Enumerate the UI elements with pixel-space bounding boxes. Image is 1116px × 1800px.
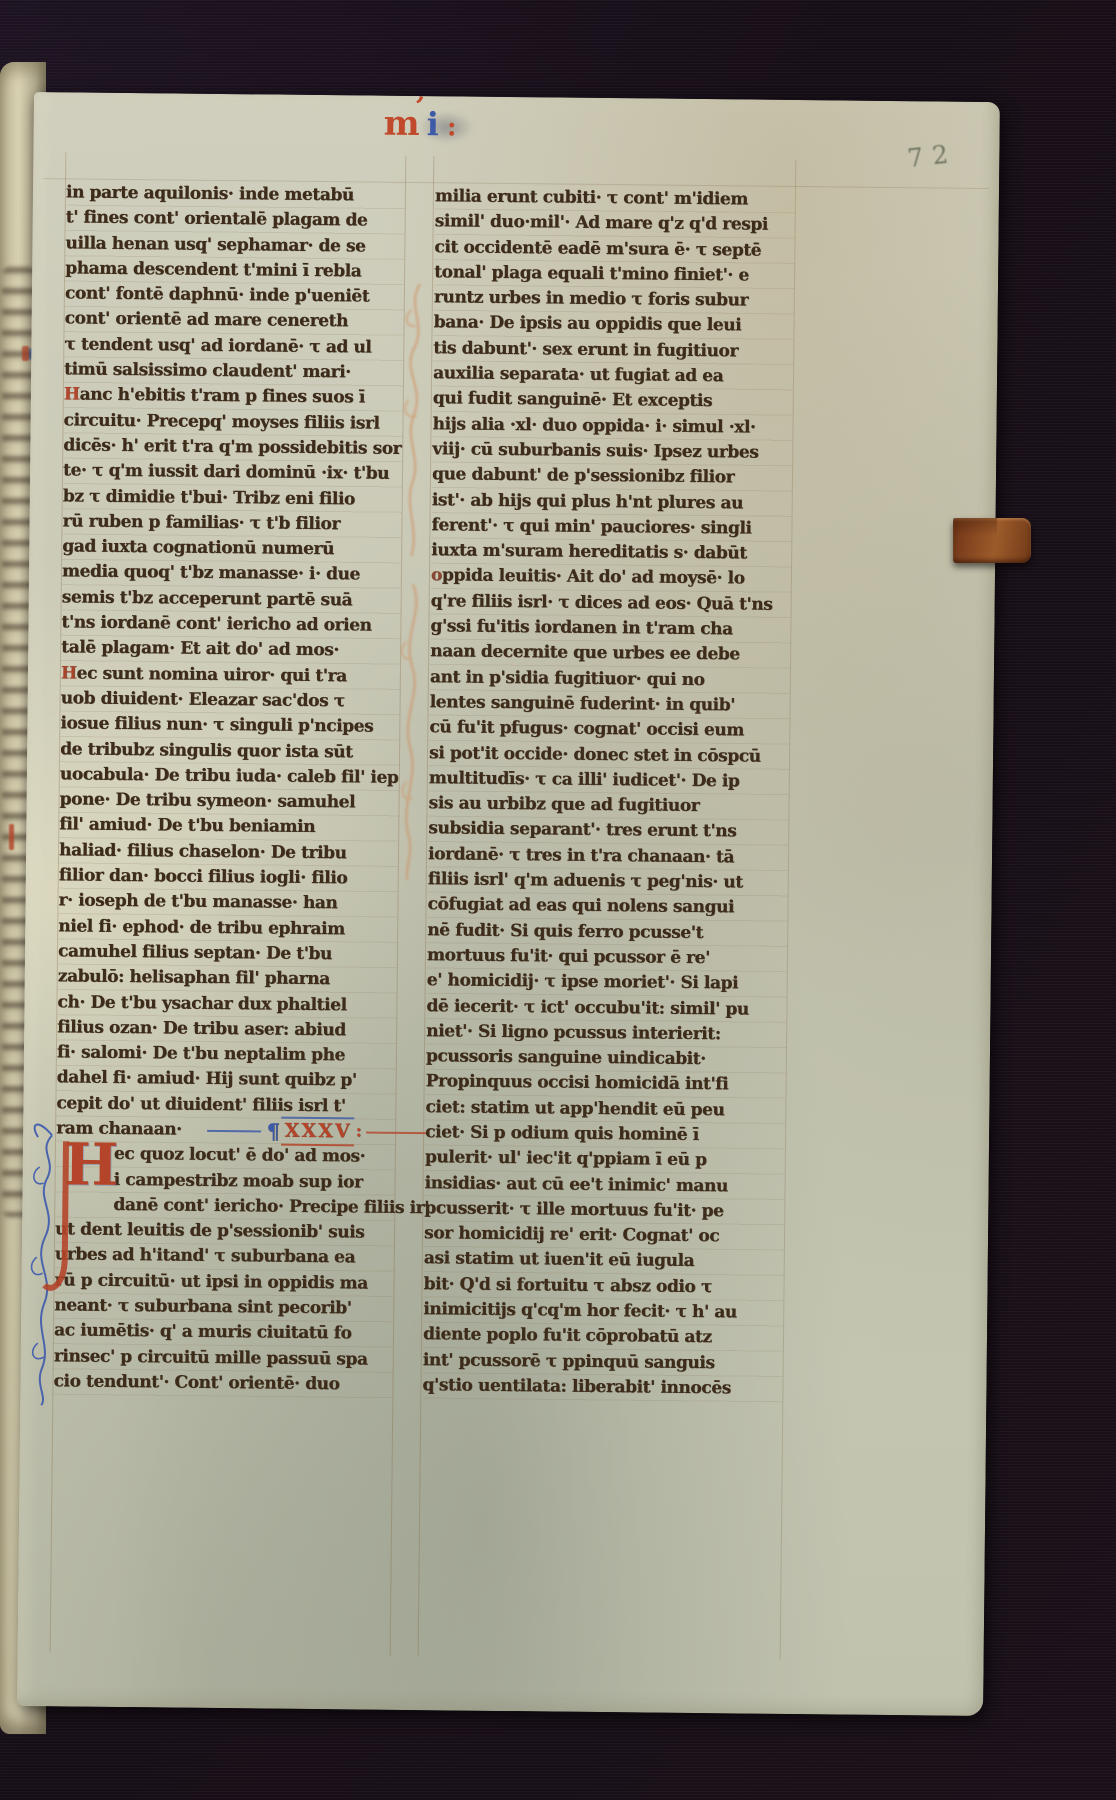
text-line: in parte aquilonis· inde metabū [66, 180, 405, 209]
text-line: Hanc h'ebitis t'ram p fines suos ī [64, 383, 403, 412]
text-line: int' pcussorē τ ppinquū sanguis [423, 1348, 783, 1377]
text-line: media quoq' t'bz manasse· i· due [62, 560, 401, 589]
text-line: g'ssi fu'itis iordanen in t'ram cha [430, 614, 790, 643]
text-line: t'ns iordanē cont' iericho ad orien [61, 610, 400, 639]
text-line: te· τ q'm iussit dari dominū ·ix· t'bu [63, 459, 402, 488]
text-line: tonal' plaga equali t'mino finiet'· e [434, 260, 794, 289]
text-line: dē iecerit· τ ict' occubu'it: simil' pu [426, 994, 786, 1023]
text-line: bana· De ipsis au oppidis que leui [433, 311, 793, 340]
text-line: ac iumētis· q' a muris ciuitatū fo [54, 1319, 393, 1348]
text-line: niel fi· ephod· de tribu ephraim [58, 914, 397, 943]
text-line: rū p circuitū· ut ipsi in oppidis ma [54, 1268, 393, 1297]
text-line: viij· cū suburbanis suis· Ipsez urbes [432, 437, 792, 466]
text-line: q'stio uentilata: liberabit' innocēs [422, 1373, 782, 1402]
column-lines: milia erunt cubiti· τ cont' m'idiemsimil… [422, 184, 795, 1402]
text-line: que dabunt' de p'sessionibz filior [432, 462, 792, 491]
text-line: cōfugiat ad eas qui nolens sangui [427, 892, 787, 921]
text-line: iosue filius nun· τ singuli p'ncipes [60, 712, 399, 741]
text-line: sor homicidij re' erit· Cognat' oc [424, 1221, 784, 1250]
text-line: uocabula· De tribu iuda· caleb fil' iep [60, 762, 399, 791]
text-line: ut dent leuitis de p'sessionib' suis [55, 1217, 394, 1246]
text-line: uob diuident· Eleazar sac'dos τ [61, 686, 400, 715]
text-line: pcusserit· τ ille mortuus fu'it· pe [424, 1196, 784, 1225]
text-line: e' homicidij· τ ipse moriet'· Si lapi [427, 968, 787, 997]
text-line: semis t'bz acceperunt partē suā [62, 585, 401, 614]
text-line: diente poplo fu'it cōprobatū atz [423, 1323, 783, 1352]
column-lines: in parte aquilonis· inde metabūt' fines … [56, 180, 405, 1119]
text-line: ant in p'sidia fugitiuor· qui no [430, 665, 790, 694]
text-line: dicēs· h' erit t'ra q'm possidebitis sor [63, 433, 402, 462]
leather-bookmark-tab [953, 518, 1031, 563]
pilcrow-mark: ¶ [266, 1118, 279, 1143]
text-line: qui fudit sanguinē· Et exceptis [433, 387, 793, 416]
text-line: haliad· filius chaselon· De tribu [59, 838, 398, 867]
text-line: filior dan· bocci filius iogli· filio [59, 863, 398, 892]
text-line: timū salsissimo claudent' mari· [64, 357, 403, 386]
manuscript-photograph: m ’ i : 72 in parte aquilonis· inde meta… [0, 0, 1116, 1800]
text-line: cū fu'it pfugus· cognat' occisi eum [429, 715, 789, 744]
text-line: bz τ dimidie t'bui· Tribz eni filio [63, 484, 402, 513]
text-line: fil' amiud· De t'bu beniamin [59, 813, 398, 842]
text-line: ist'· ab hijs qui plus h'nt plures au [432, 488, 792, 517]
chapter-numeral-colon: : [355, 1119, 361, 1144]
blue-flourish-line [208, 1130, 262, 1133]
text-line: milia erunt cubiti· τ cont' m'idiem [435, 184, 795, 213]
text-line: q're filiis isrl· τ dices ad eos· Quā t'… [431, 589, 791, 618]
text-line: asi statim ut iuen'it eū iugula [424, 1247, 784, 1276]
text-line: pcussoris sanguine uindicabit· [426, 1044, 786, 1073]
gutter-ghost-flourish [399, 280, 432, 564]
text-line: subsidia separant'· tres erunt t'ns [428, 817, 788, 846]
text-line: simil' duo·mil'· Ad mare q'z q'd respi [435, 210, 795, 239]
text-line: filiis isrl' q'm aduenis τ peg'nis· ut [428, 867, 788, 896]
text-line: oppida leuitis· Ait do' ad moysē· lo [431, 564, 791, 593]
chapter-opening-paragraph: H ec quoz locut' ē do' ad mos·i campestr… [53, 1142, 395, 1399]
text-line: zabulō: helisaphan fil' pharna [58, 965, 397, 994]
text-line: dahel fi· amiud· Hij sunt quibz p' [57, 1066, 396, 1095]
text-line: talē plagam· Et ait do' ad mos· [61, 636, 400, 665]
text-line: tis dabunt'· sex erunt in fugitiuor [433, 336, 793, 365]
running-title-blue-letter: i [427, 105, 440, 143]
facing-page-red-mark [9, 824, 14, 850]
text-line: auxilia separata· ut fugiat ad ea [433, 361, 793, 390]
text-line: niet'· Si ligno pcussus interierit: [426, 1019, 786, 1048]
text-line: insidias· aut cū ee't inimic' manu [424, 1171, 784, 1200]
text-line: t' fines cont' orientalē plagam de [66, 206, 405, 235]
text-line: Propinquus occisi homicidā int'fi [426, 1070, 786, 1099]
text-line: cont' orientē ad mare cenereth [64, 307, 403, 336]
text-line: cio tendunt'· Cont' orientē· duo [53, 1369, 392, 1398]
text-line: inimicitijs q'cq'm hor fecit· τ h' au [423, 1297, 783, 1326]
text-line: r· ioseph de t'bu manasse· han [58, 889, 397, 918]
text-line: de tribubz singulis quor ista sūt [60, 737, 399, 766]
text-line: circuitu· Precepq' moyses filiis isrl [63, 408, 402, 437]
text-line: nē fudit· Si quis ferro pcusse't [427, 918, 787, 947]
text-line: iordanē· τ tres in t'ra chanaan· tā [428, 842, 788, 871]
text-line: si pot'it occide· donec stet in cōspcū [429, 741, 789, 770]
red-flourish-line [366, 1131, 428, 1134]
text-line: sis au urbibz que ad fugitiuor [428, 791, 788, 820]
text-line: multitudīs· τ ca illi' iudicet'· De ip [429, 766, 789, 795]
text-line: phama descendent t'mini ī rebla [65, 256, 404, 285]
folio-number: 72 [906, 139, 959, 173]
text-column-right: milia erunt cubiti· τ cont' m'idiemsimil… [422, 184, 795, 1406]
text-line: bit· Q'd si fortuitu τ absz odio τ [423, 1272, 783, 1301]
text-line: uilla henan usq' sephamar· de se [65, 231, 404, 260]
text-line: rinsec' p circuitū mille passuū spa [54, 1344, 393, 1373]
text-line: runtz urbes in medio τ foris subur [434, 285, 794, 314]
facing-page-red-initial-mark [22, 346, 29, 361]
initial-letter-h: H [63, 1138, 118, 1193]
text-line: cont' fontē daphnū· inde p'ueniēt [65, 282, 404, 311]
text-line: neant· τ suburbana sint pecorib' [54, 1293, 393, 1322]
text-line: ferent'· τ qui min' pauciores· singli [431, 513, 791, 542]
text-line: filius ozan· De tribu aser: abiud [57, 1015, 396, 1044]
text-line: ciet: statim ut app'hendit eū peu [425, 1095, 785, 1124]
running-title: m ’ i : [383, 100, 456, 153]
running-title-colon: : [447, 112, 457, 142]
text-line: ch· De t'bu ysachar dux phaltiel [57, 990, 396, 1019]
text-line: pulerit· ul' iec'it q'ppiam ī eū p [425, 1145, 785, 1174]
text-line: naan decernite que urbes ee debe [430, 640, 790, 669]
text-line: rū ruben p familias· τ t'b filior [62, 509, 401, 538]
text-line: τ tendent usq' ad iordanē· τ ad ul [64, 332, 403, 361]
text-line: hijs alia ·xl· duo oppida· i· simul ·xl· [432, 412, 792, 441]
text-line: fi· salomi· De t'bu neptalim phe [57, 1040, 396, 1069]
text-column-left: in parte aquilonis· inde metabūt' fines … [53, 180, 405, 1401]
text-line: camuhel filius septan· De t'bu [58, 939, 397, 968]
text-line: cit occidentē eadē m'sura ē· τ septē [434, 235, 794, 264]
text-line: iuxta m'suram hereditatis s· dabūt [431, 538, 791, 567]
text-line: ciet· Si p odium quis hominē ī [425, 1120, 785, 1149]
manuscript-page: m ’ i : 72 in parte aquilonis· inde meta… [17, 92, 1000, 1716]
text-line: gad iuxta cognationū numerū [62, 534, 401, 563]
chapter-numeral: xxxv [281, 1117, 354, 1147]
text-line: lentes sanguinē fuderint· in quib' [429, 690, 789, 719]
decorated-initial: H [55, 1142, 114, 1194]
text-line: Hec sunt nomina uiror· qui t'ra [61, 661, 400, 690]
text-line: pone· De tribu symeon· samuhel [59, 787, 398, 816]
text-line: mortuus fu'it· qui pcussor ē re' [427, 943, 787, 972]
text-line: urbes ad h'itand' τ suburbana ea [55, 1243, 394, 1272]
